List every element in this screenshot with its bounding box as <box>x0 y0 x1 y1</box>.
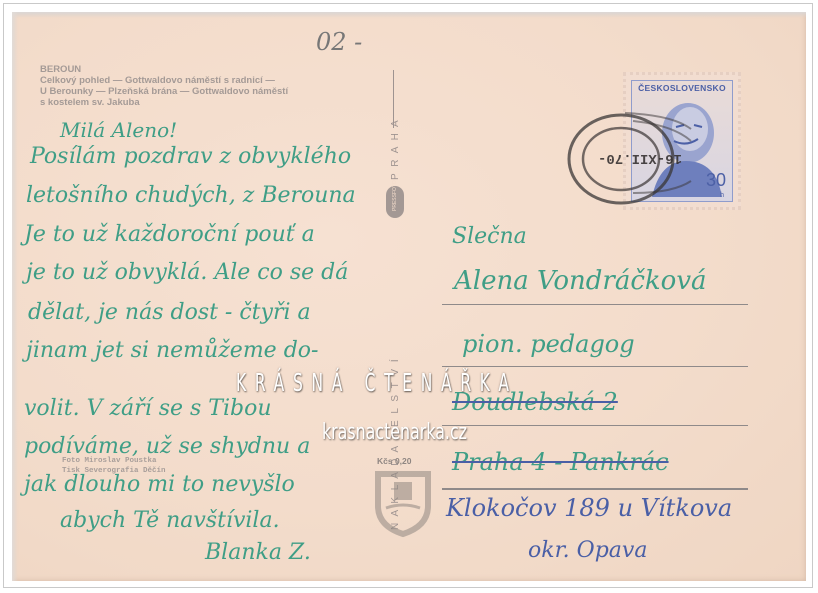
address-line <box>442 366 748 367</box>
message-greeting: Milá Aleno! <box>60 118 177 142</box>
postmark-date: 16-XII.70- <box>598 150 682 166</box>
message-line: volit. V září se s Tibou <box>24 396 272 421</box>
address-line <box>442 488 748 490</box>
stamp-country: ČESKOSLOVENSKO <box>634 83 730 93</box>
message-line: Posílám pozdrav z obvyklého <box>30 144 351 169</box>
address-occupation: pion. pedagog <box>462 330 635 358</box>
caption-line: U Berounky — Plzeňská brána — Gottwaldov… <box>40 86 288 97</box>
pressfoto-logo: PRESSFOTO <box>386 186 404 218</box>
pencil-note: 02 - <box>316 28 362 56</box>
photo-credits: Foto Miroslav Poustka Tisk Severografia … <box>62 456 166 476</box>
address-new-street: Klokočov 189 u Vítkova <box>446 494 732 522</box>
photo-credit: Foto Miroslav Poustka <box>62 456 166 466</box>
message-line: Je to už každoroční pouť a <box>24 222 315 247</box>
address-name: Alena Vondráčková <box>454 266 707 296</box>
address-city-struck: Praha 4 - Pankrác <box>452 448 669 476</box>
card-edge-left <box>12 12 18 581</box>
address-line <box>442 425 748 426</box>
address-district: okr. Opava <box>528 538 647 563</box>
message-line: abych Tě navštívila. <box>60 508 280 533</box>
watermark-title: KRÁSNÁ ČTENÁŘKA <box>236 368 518 397</box>
publisher-city: P R A H A <box>390 118 401 180</box>
signature: Blanka Z. <box>205 540 311 565</box>
publisher-city-vertical: P R A H A <box>389 100 403 180</box>
message-line: dělat, je nás dost - čtyři a <box>28 300 311 325</box>
watermark-url: krasnactenarka.cz <box>322 420 467 445</box>
message-line: je to už obvyklá. Ale co se dá <box>26 260 348 285</box>
caption-line: s kostelem sv. Jakuba <box>40 97 288 108</box>
address-line <box>442 304 748 305</box>
message-line: jinam jet si nemůžeme do- <box>26 338 318 363</box>
price-label: Kčs 0,20 <box>377 456 412 466</box>
address-salutation: Slečna <box>452 224 527 249</box>
print-credit: Tisk Severografia Děčín <box>62 466 166 476</box>
caption-title: BEROUN <box>40 64 288 75</box>
printed-caption: BEROUN Celkový pohled — Gottwaldovo námě… <box>40 64 288 108</box>
card-edge-top <box>12 12 806 18</box>
caption-line: Celkový pohled — Gottwaldovo náměstí s r… <box>40 75 288 86</box>
stamp-unit: h <box>720 192 724 199</box>
stamp-value: 30 <box>706 170 726 191</box>
message-line: letošního chudých, z Berouna <box>26 183 356 208</box>
